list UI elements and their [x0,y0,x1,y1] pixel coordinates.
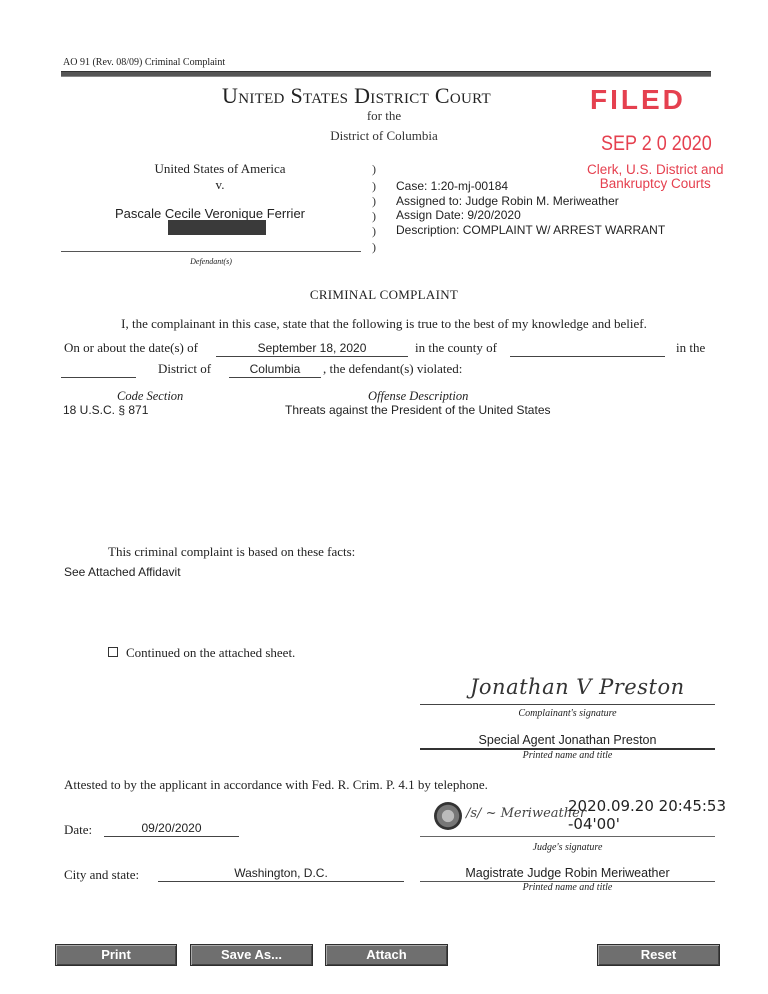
complaint-intro: I, the complainant in this case, state t… [0,316,768,332]
complainant-signature-line [420,704,715,705]
county-field[interactable] [510,341,665,357]
defendant-name: Pascale Cecile Veronique Ferrier [60,206,360,221]
print-button[interactable]: Print [55,944,177,966]
offense-date-field[interactable]: September 18, 2020 [216,341,408,357]
complaint-title: CRIMINAL COMPLAINT [0,287,768,303]
offense-description-label: Offense Description [368,389,468,404]
header-rule [61,71,711,77]
caption-paren: ) [372,194,376,209]
redaction-block [168,220,266,235]
in-the-label: in the [676,340,705,356]
versus: v. [140,177,300,193]
defendant-label: Defendant(s) [61,257,361,266]
timestamp-line-1: 2020.09.20 20:45:53 [568,797,726,815]
reset-button[interactable]: Reset [597,944,720,966]
district-of-label: District of [158,361,211,377]
violated-label: , the defendant(s) violated: [323,361,462,377]
city-state-label: City and state: [64,867,139,883]
district-field[interactable]: Columbia [229,362,321,378]
caption-paren: ) [372,209,376,224]
filed-stamp: FILED [590,84,686,116]
continued-label: Continued on the attached sheet. [126,645,295,660]
plaintiff-name: United States of America [140,161,300,177]
save-as-button[interactable]: Save As... [190,944,313,966]
caption-paren: ) [372,224,376,239]
code-section-label: Code Section [117,389,183,404]
district-prefix-field[interactable] [61,362,136,378]
judge-signature-label: Judge's signature [420,842,715,853]
court-title: United States District Court [222,83,491,109]
continued-option: Continued on the attached sheet. [108,645,295,661]
case-info: Case: 1:20-mj-00184 Assigned to: Judge R… [396,179,665,237]
attestation-date-field[interactable]: 09/20/2020 [104,821,239,837]
complainant-signature: Jonathan V Preston [470,675,685,699]
facts-field[interactable]: See Attached Affidavit [64,565,181,579]
city-state-field[interactable]: Washington, D.C. [158,866,404,882]
attestation-text: Attested to by the applicant in accordan… [64,777,488,793]
judge-printed-name-field[interactable]: Magistrate Judge Robin Meriweather [420,866,715,882]
judge-signature-line [420,836,715,837]
on-or-about-label: On or about the date(s) of [64,340,198,356]
offense-description-field[interactable]: Threats against the President of the Uni… [285,403,551,417]
court-seal-icon [434,802,462,830]
caption-paren: ) [372,179,376,194]
timestamp-line-2: -04'00' [568,815,726,833]
case-number: Case: 1:20-mj-00184 [396,179,665,194]
county-label: in the county of [415,340,497,356]
judge-printed-name-label: Printed name and title [420,882,715,893]
complainant-signature-label: Complainant's signature [420,708,715,719]
attach-button[interactable]: Attach [325,944,448,966]
case-assign-date: Assign Date: 9/20/2020 [396,208,665,223]
case-description: Description: COMPLAINT W/ ARREST WARRANT [396,223,665,238]
defendant-line [61,251,361,252]
date-label: Date: [64,822,92,838]
complainant-printed-name-field[interactable]: Special Agent Jonathan Preston [420,733,715,750]
facts-label: This criminal complaint is based on thes… [108,544,355,560]
form-id: AO 91 (Rev. 08/09) Criminal Complaint [63,57,225,68]
clerk-line-1: Clerk, U.S. District and [587,163,724,177]
complainant-printed-name-label: Printed name and title [420,750,715,761]
caption-paren: ) [372,240,376,255]
continued-checkbox[interactable] [108,647,118,657]
caption-paren: ) [372,162,376,177]
code-section-field[interactable]: 18 U.S.C. § 871 [63,403,148,417]
filed-stamp-date: SEP 2 0 2020 [601,131,712,156]
digital-signature-timestamp: 2020.09.20 20:45:53 -04'00' [568,797,726,833]
case-assigned-to: Assigned to: Judge Robin M. Meriweather [396,194,665,209]
